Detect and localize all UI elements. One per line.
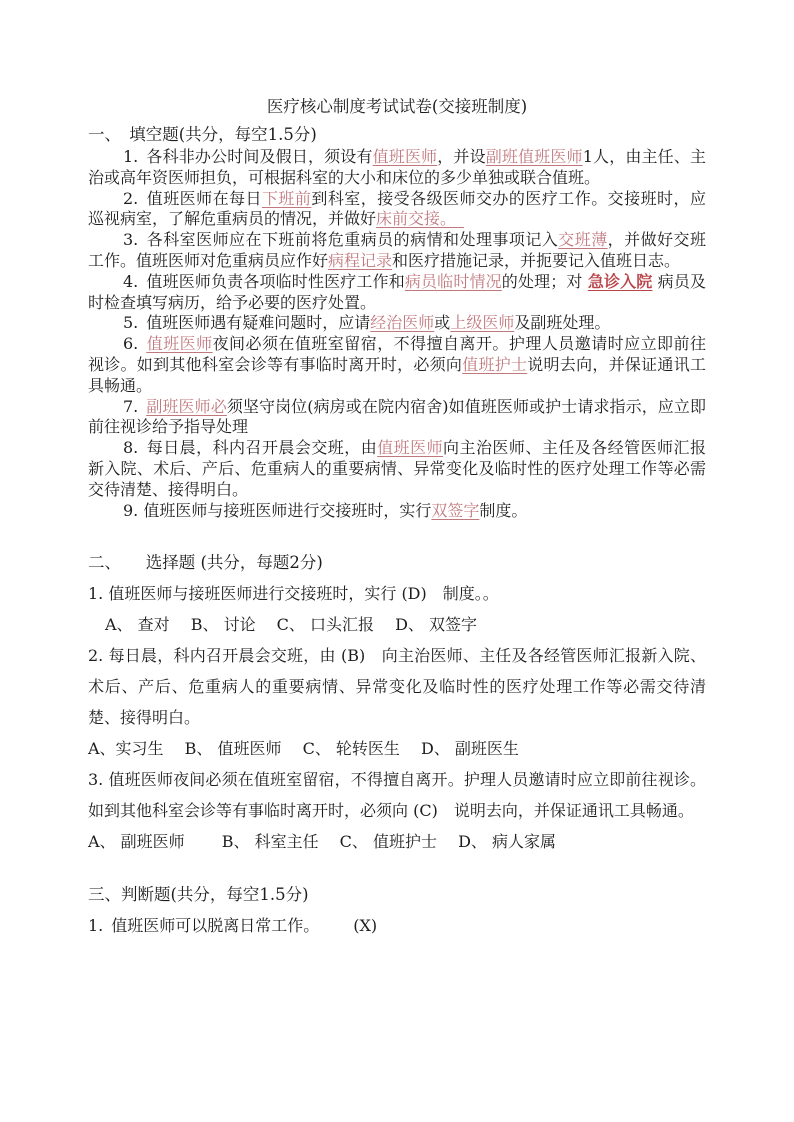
text-run: 4. 值班医师负责各项临时性医疗工作和 [123,272,405,291]
document-title: 医疗核心制度考试试卷(交接班制度) [88,94,706,120]
text-run: 1. 各科非办公时间及假日，须设有 [123,147,373,166]
choice-question-2: 2. 每日晨，科内召开晨会交班，由 (B) 向主治医师、主任及各经管医师汇报新入… [88,640,706,733]
fill-item-4: 4. 值班医师负责各项临时性医疗工作和病员临时情况的处理；对 急诊入院 病员及时… [88,272,706,314]
text-run: 9. 值班医师与接班医师进行交接班时，实行 [123,501,431,520]
fill-item-7: 7. 副班医师必须坚守岗位(病房或在院内宿舍)如值班医师或护士请求指示，应立即前… [88,397,706,439]
blank-answer-text: 床前交接。 [376,209,464,228]
text-run: 5. 值班医师遇有疑难问题时，应请 [123,313,370,332]
fill-item-9: 9. 值班医师与接班医师进行交接班时，实行双签字制度。 [88,501,706,522]
blank-answer-text: 下班前 [262,189,311,208]
fill-item-5: 5. 值班医师遇有疑难问题时，应请经治医师或上级医师及副班处理。 [88,313,706,334]
blank-answer-text: 病员临时情况 [405,272,502,291]
section-fill-in-blank: 一、 填空题(共分，每空1.5分) 1. 各科非办公时间及假日，须设有值班医师，… [88,123,706,521]
blank-answer-text: 双签字 [431,501,479,520]
blank-answer-text: 经治医师 [370,313,434,332]
text-run: 7. [123,397,146,416]
text-run: 制度。 [479,501,527,520]
section-true-false: 三、判断题(共分，每空1.5分) 1. 值班医师可以脱离日常工作。(X) [88,879,706,941]
blank-answer-text: 交班薄 [558,230,607,249]
judge-answer: (X) [353,916,377,935]
fill-item-2: 2. 值班医师在每日下班前到科室，接受各级医师交办的医疗工作。交接班时，应巡视病… [88,189,706,231]
blank-answer-text: 值班医师 [373,147,438,166]
section2-heading: 二、 选择题 (共分，每题2分) [88,547,706,578]
text-run: 的处理；对 [502,272,588,291]
choice-options-1: A、 查对 B、 讨论 C、 口头汇报 D、 双签字 [88,609,706,640]
blank-answer-text: 值班医师 [377,438,443,457]
text-run: 或 [434,313,450,332]
section-multiple-choice: 二、 选择题 (共分，每题2分) 1. 值班医师与接班医师进行交接班时，实行 (… [88,547,706,857]
text-run: 6. [123,334,146,353]
section3-heading: 三、判断题(共分，每空1.5分) [88,879,706,910]
text-run: 8. 每日晨，科内召开晨会交班，由 [123,438,377,457]
choice-question-1: 1. 值班医师与接班医师进行交接班时，实行 (D) 制度。。 [88,578,706,609]
fill-item-8: 8. 每日晨，科内召开晨会交班，由值班医师向主治医师、主任及各经管医师汇报新入院… [88,438,706,500]
choice-question-3: 3. 值班医师夜间必须在值班室留宿，不得擅自离开。护理人员邀请时应立即前往视诊。… [88,764,706,826]
judge-question-text: 1. 值班医师可以脱离日常工作。 [88,916,319,935]
fill-item-6: 6. 值班医师夜间必须在值班室留宿，不得擅自离开。护理人员邀请时应立即前往视诊。… [88,334,706,396]
fill-item-3: 3. 各科室医师应在下班前将危重病员的病情和处理事项记入交班薄，并做好交班工作。… [88,230,706,272]
blank-answer-text: 病程记录 [328,251,392,270]
text-run: 和医疗措施记录，并扼要记入值班日志。 [392,251,680,270]
text-run: 2. 值班医师在每日 [123,189,262,208]
blank-answer-text: 上级医师 [450,313,514,332]
text-run: 及副班处理。 [514,313,610,332]
judge-item-1: 1. 值班医师可以脱离日常工作。(X) [88,910,706,941]
text-run: ，并设 [437,147,485,166]
highlight-answer-text: 急诊入院 [588,272,653,291]
blank-answer-text: 副班医师必 [146,397,227,416]
choice-options-2: A、实习生 B、 值班医师 C、 轮转医生 D、 副班医生 [88,733,706,764]
text-run: 3. 各科室医师应在下班前将危重病员的病情和处理事项记入 [123,230,558,249]
choice-options-3: A、 副班医师 B、 科室主任 C、 值班护士 D、 病人家属 [88,826,706,857]
blank-answer-text: 值班护士 [462,355,527,374]
exam-document-page: 医疗核心制度考试试卷(交接班制度) 一、 填空题(共分，每空1.5分) 1. 各… [0,0,794,1122]
blank-answer-text: 副班值班医师 [486,147,583,166]
blank-answer-text: 值班医师 [146,334,212,353]
fill-item-1: 1. 各科非办公时间及假日，须设有值班医师，并设副班值班医师1人，由主任、主治或… [88,147,706,189]
section1-heading: 一、 填空题(共分，每空1.5分) [88,123,706,147]
